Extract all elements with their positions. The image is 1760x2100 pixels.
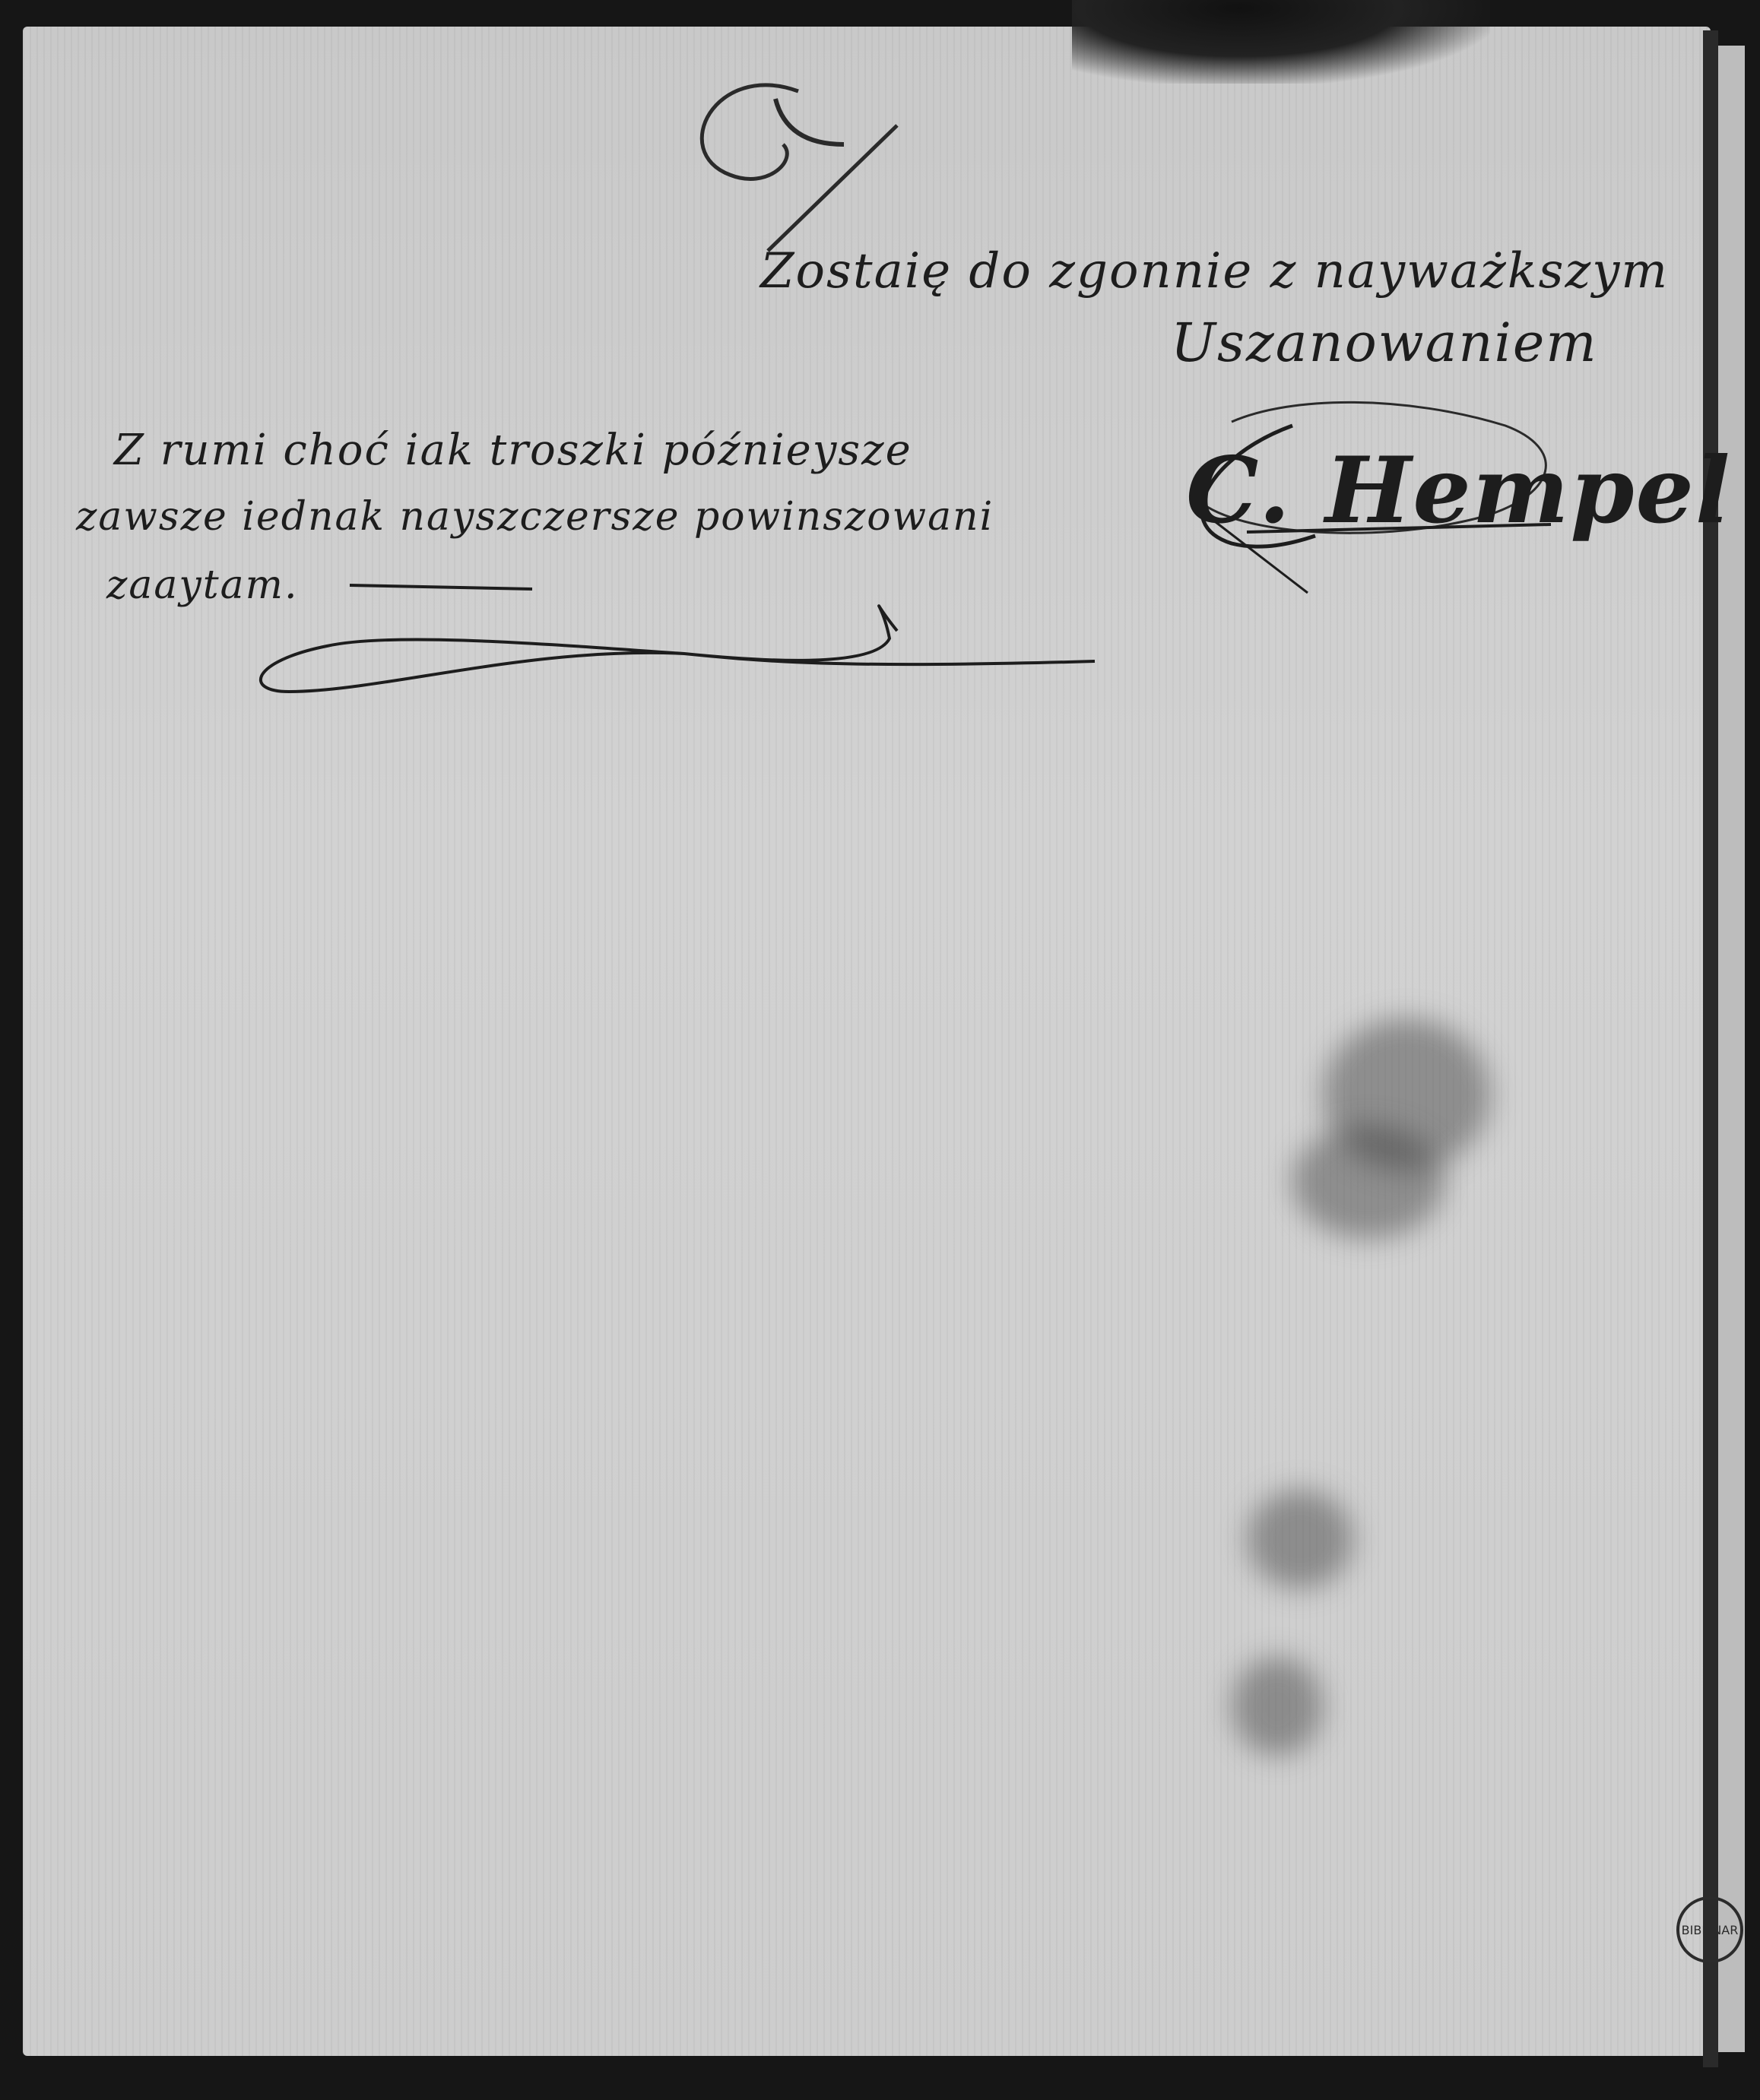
- library-stamp: BIBL NAR: [1676, 1896, 1743, 1963]
- closing-line-2: Uszanowaniem: [1171, 312, 1598, 374]
- postscript-line-1: Z rumi choć iak troszki późnieysze: [114, 426, 912, 475]
- postscript-line-3: zaaytam.: [106, 562, 299, 608]
- closing-line-1: Zostaię do zgonnie z nayważkszym: [760, 243, 1669, 299]
- library-stamp-text: BIBL NAR: [1682, 1923, 1739, 1937]
- signature: C. Hempel: [1186, 437, 1732, 544]
- postscript-line-2: zawsze iednak nayszczersze powinszowani: [76, 494, 994, 540]
